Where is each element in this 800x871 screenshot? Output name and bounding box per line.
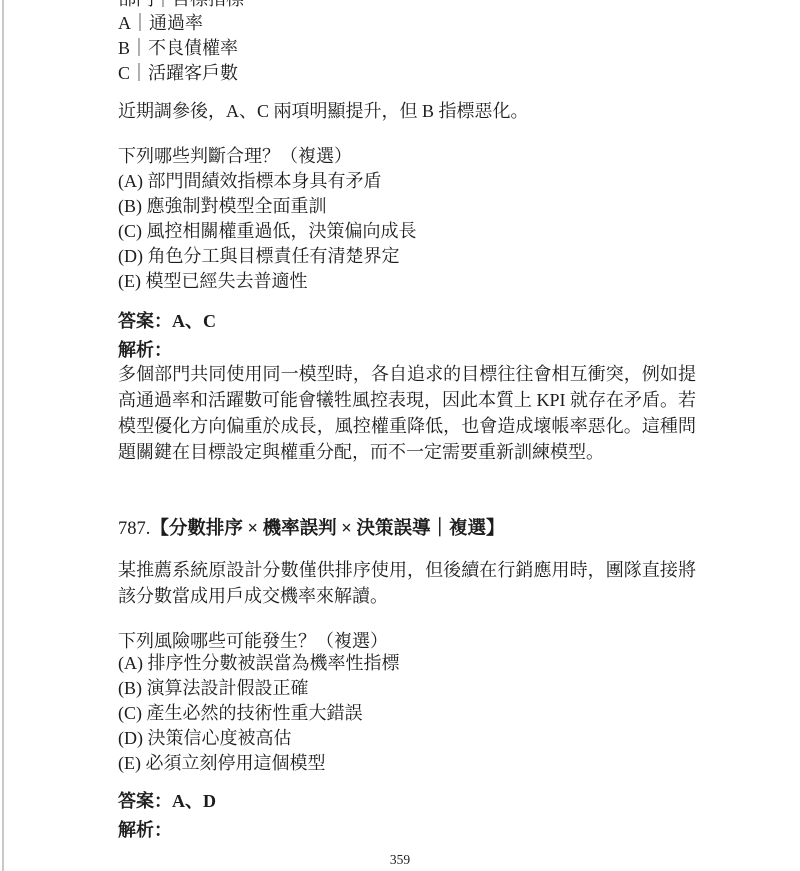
answer-label: 答案：A、D <box>118 789 696 814</box>
option-line: (A) 部門間績效指標本身具有矛盾 <box>118 169 696 194</box>
analysis-text: 多個部門共同使用同一模型時，各自追求的目標往往會相互衝突，例如提高通過率和活躍數… <box>118 361 696 465</box>
option-line: (B) 應強制對模型全面重訓 <box>118 194 696 219</box>
option-line: (B) 演算法設計假設正確 <box>118 676 696 701</box>
metric-line: B｜不良債權率 <box>118 36 696 61</box>
page-left-border <box>2 0 4 871</box>
metric-line: C｜活躍客戶數 <box>118 61 696 86</box>
question-prompt: 下列哪些判斷合理？（複選） <box>118 144 696 169</box>
option-line: (D) 角色分工與目標責任有清楚界定 <box>118 244 696 269</box>
answer-label: 答案：A、C <box>118 309 696 334</box>
option-line: (E) 模型已經失去普適性 <box>118 269 696 294</box>
question-number: 787. <box>118 519 150 539</box>
metric-line: A｜通過率 <box>118 11 696 36</box>
option-list: (A) 部門間績效指標本身具有矛盾 (B) 應強制對模型全面重訓 (C) 風控相… <box>118 169 696 294</box>
option-line: (C) 風控相關權重過低，決策偏向成長 <box>118 219 696 244</box>
option-line: (E) 必須立刻停用這個模型 <box>118 751 696 776</box>
option-line: (A) 排序性分數被誤當為機率性指標 <box>118 651 696 676</box>
page-number: 359 <box>0 851 800 868</box>
analysis-label: 解析： <box>118 338 696 363</box>
metric-list: A｜通過率 B｜不良債權率 C｜活躍客戶數 <box>118 11 696 86</box>
question-title: 【分數排序 × 機率誤判 × 決策誤導｜複選】 <box>150 519 504 539</box>
analysis-label: 解析： <box>118 818 696 843</box>
question-header: 787.【分數排序 × 機率誤判 × 決策誤導｜複選】 <box>118 516 696 542</box>
option-list: (A) 排序性分數被誤當為機率性指標 (B) 演算法設計假設正確 (C) 產生必… <box>118 651 696 776</box>
observation-text: 近期調參後，A、C 兩項明顯提升，但 B 指標惡化。 <box>118 99 696 124</box>
document-page: { "page": { "number": "359", "border_col… <box>0 0 800 871</box>
scenario-text: 某推薦系統原設計分數僅供排序使用，但後續在行銷應用時，團隊直接將該分數當成用戶成… <box>118 557 696 609</box>
option-line: (C) 產生必然的技術性重大錯誤 <box>118 701 696 726</box>
option-line: (D) 決策信心度被高估 <box>118 726 696 751</box>
